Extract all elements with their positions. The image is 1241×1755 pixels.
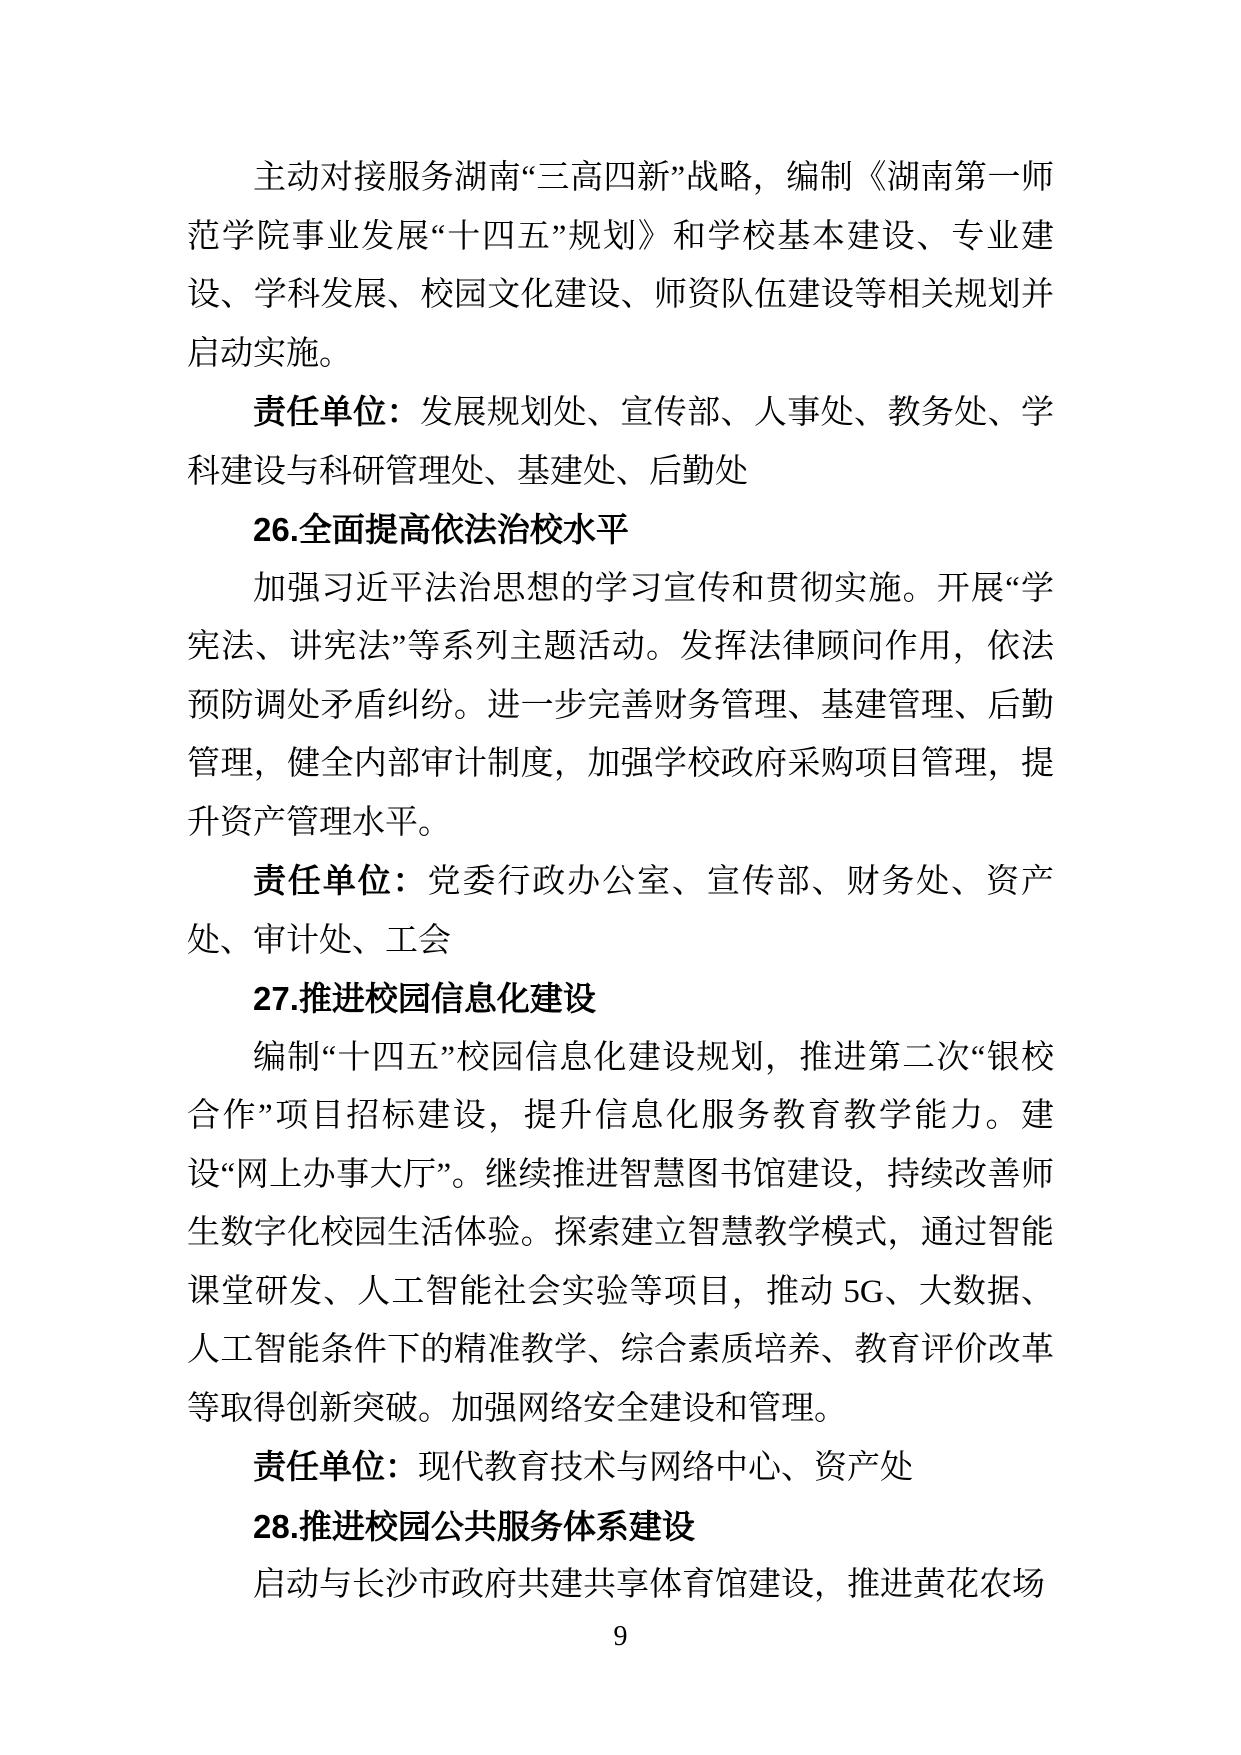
paragraph-text: 启动与长沙市政府共建共享体育馆建设，推进黄花农场 (253, 1567, 1045, 1603)
document-content: 主动对接服务湖南“三高四新”战略，编制《湖南第一师范学院事业发展“十四五”规划》… (187, 149, 1054, 1615)
paragraph-text: 编制“十四五”校园信息化建设规划，推进第二次“银校合作”项目招标建设，提升信息化… (187, 1040, 1054, 1427)
responsibility-label: 责任单位： (253, 862, 428, 899)
body-paragraph: 主动对接服务湖南“三高四新”战略，编制《湖南第一师范学院事业发展“十四五”规划》… (187, 149, 1054, 383)
responsibility-label: 责任单位： (253, 1448, 418, 1485)
page-number: 9 (0, 1615, 1241, 1659)
paragraph-text: 加强习近平法治思想的学习宣传和贯彻实施。开展“学宪法、讲宪法”等系列主题活动。发… (187, 571, 1054, 841)
responsibility-paragraph: 责任单位：发展规划处、宣传部、人事处、教务处、学科建设与科研管理处、基建处、后勤… (187, 383, 1054, 501)
body-paragraph: 启动与长沙市政府共建共享体育馆建设，推进黄花农场 (187, 1556, 1054, 1615)
responsibility-paragraph: 责任单位：党委行政办公室、宣传部、财务处、资产处、审计处、工会 (187, 852, 1054, 970)
body-paragraph: 编制“十四五”校园信息化建设规划，推进第二次“银校合作”项目招标建设，提升信息化… (187, 1029, 1054, 1439)
body-paragraph: 加强习近平法治思想的学习宣传和贯彻实施。开展“学宪法、讲宪法”等系列主题活动。发… (187, 560, 1054, 853)
paragraph-text: 26.全面提高依法治校水平 (253, 511, 629, 548)
section-heading: 26.全面提高依法治校水平 (187, 501, 1054, 560)
paragraph-text: 主动对接服务湖南“三高四新”战略，编制《湖南第一师范学院事业发展“十四五”规划》… (187, 160, 1054, 372)
responsibility-label: 责任单位： (253, 393, 420, 430)
paragraph-text: 现代教育技术与网络中心、资产处 (418, 1450, 913, 1486)
responsibility-paragraph: 责任单位：现代教育技术与网络中心、资产处 (187, 1438, 1054, 1498)
paragraph-text: 28.推进校园公共服务体系建设 (253, 1508, 695, 1545)
section-heading: 27.推进校园信息化建设 (187, 970, 1054, 1029)
section-heading: 28.推进校园公共服务体系建设 (187, 1498, 1054, 1557)
paragraph-text: 27.推进校园信息化建设 (253, 980, 596, 1017)
document-page: 主动对接服务湖南“三高四新”战略，编制《湖南第一师范学院事业发展“十四五”规划》… (0, 0, 1241, 1755)
